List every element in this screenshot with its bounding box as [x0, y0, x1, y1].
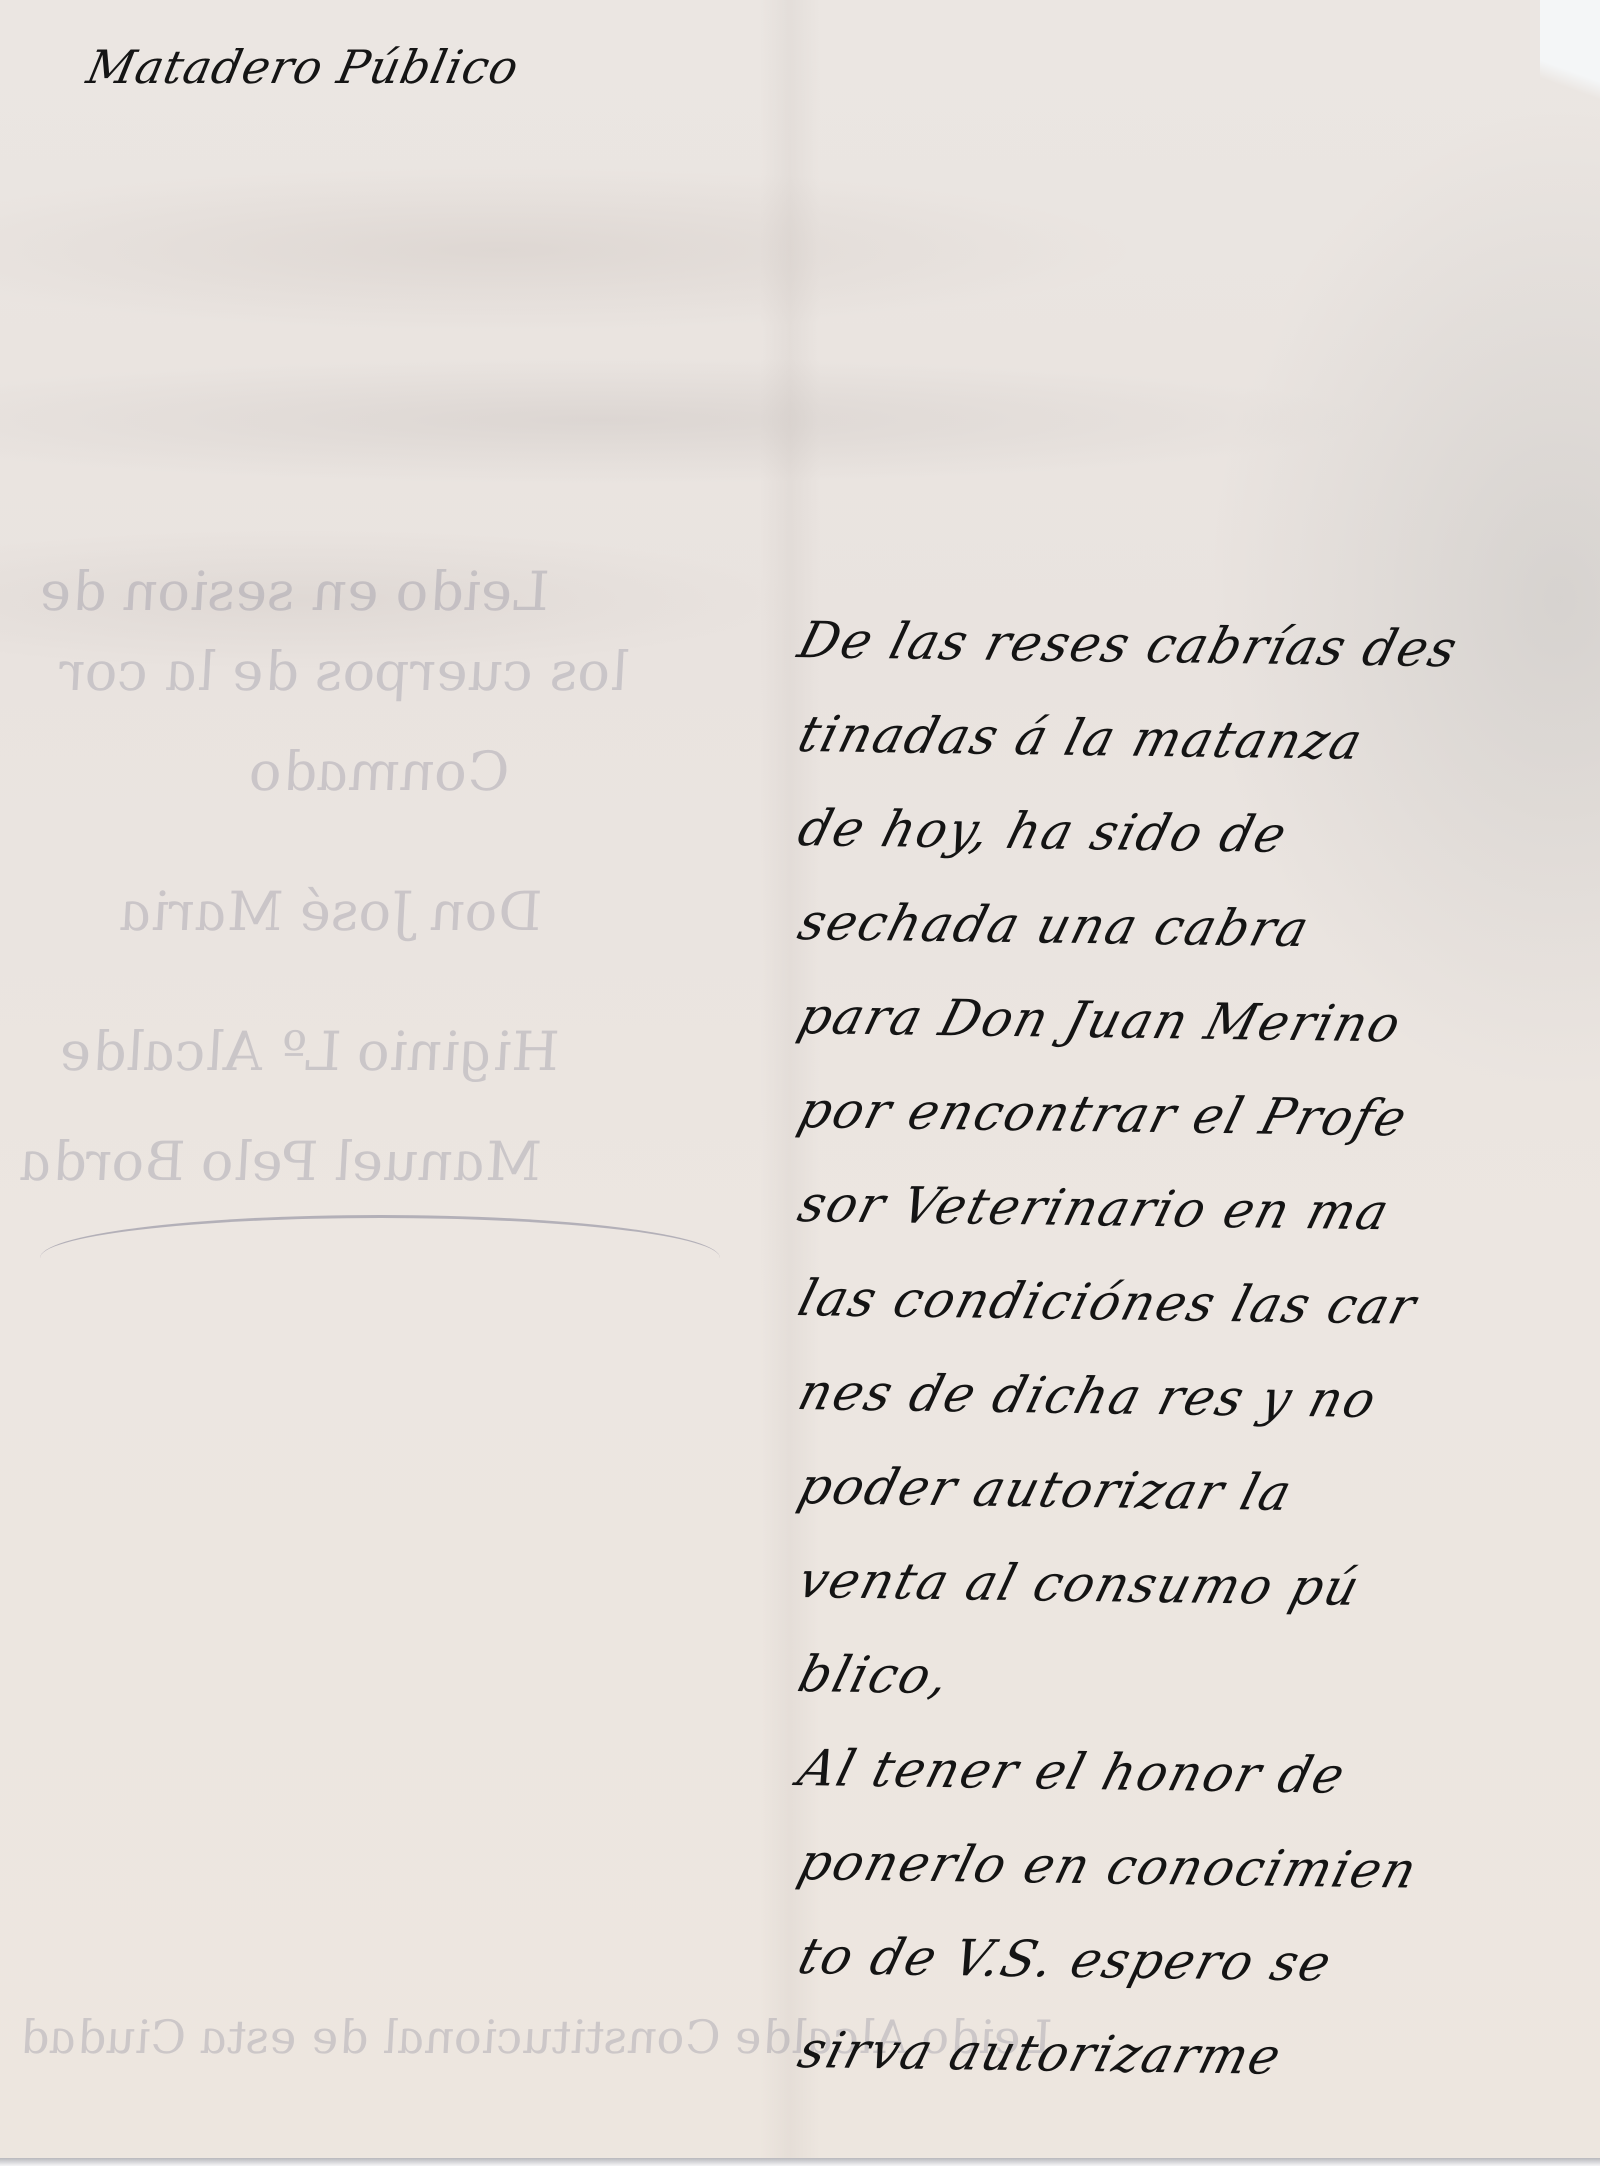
body-line: sirva autorizarme	[793, 2025, 1600, 2086]
body-line: nes de dicha res y no	[793, 1367, 1600, 1428]
bleed-through-line: Manuel Pelo Borda	[12, 1130, 549, 1193]
body-line: ponerlo en conocimien	[793, 1837, 1600, 1898]
body-line: blico,	[793, 1649, 1600, 1710]
body-line: poder autorizar la	[793, 1461, 1600, 1522]
letter-body: De las reses cabrías des tinadas á la ma…	[800, 615, 1600, 2119]
document-header: Matadero Público	[82, 40, 524, 94]
body-line: venta al consumo pú	[793, 1555, 1600, 1616]
body-line: por encontrar el Profe	[793, 1085, 1600, 1146]
body-line: De las reses cabrías des	[793, 615, 1600, 676]
body-line: para Don Juan Merino	[793, 991, 1600, 1052]
paper-bottom-edge	[0, 2158, 1600, 2166]
body-line: de hoy, ha sido de	[793, 803, 1600, 864]
body-line: tinadas á la matanza	[793, 709, 1600, 770]
document-page: Leido en sesion de los cuerpos de la cor…	[0, 0, 1600, 2166]
bleed-through-line: Don José Maria	[112, 880, 549, 943]
bleed-through-line: Leido en sesion de	[32, 560, 557, 623]
bleed-through-line: Higinio Lº Alcalde	[52, 1020, 567, 1083]
bleed-through-line: los cuerpos de la cor	[52, 640, 636, 703]
body-line: Al tener el honor de	[793, 1743, 1600, 1804]
bleed-through-line: Conmado	[242, 740, 517, 803]
body-line: las condiciónes las car	[793, 1273, 1600, 1334]
body-line: to de V.S. espero se	[793, 1931, 1600, 1992]
paper-corner-tear	[1540, 0, 1600, 160]
pencil-underline	[40, 1215, 720, 1258]
body-line: sechada una cabra	[793, 897, 1600, 958]
body-line: sor Veterinario en ma	[793, 1179, 1600, 1240]
